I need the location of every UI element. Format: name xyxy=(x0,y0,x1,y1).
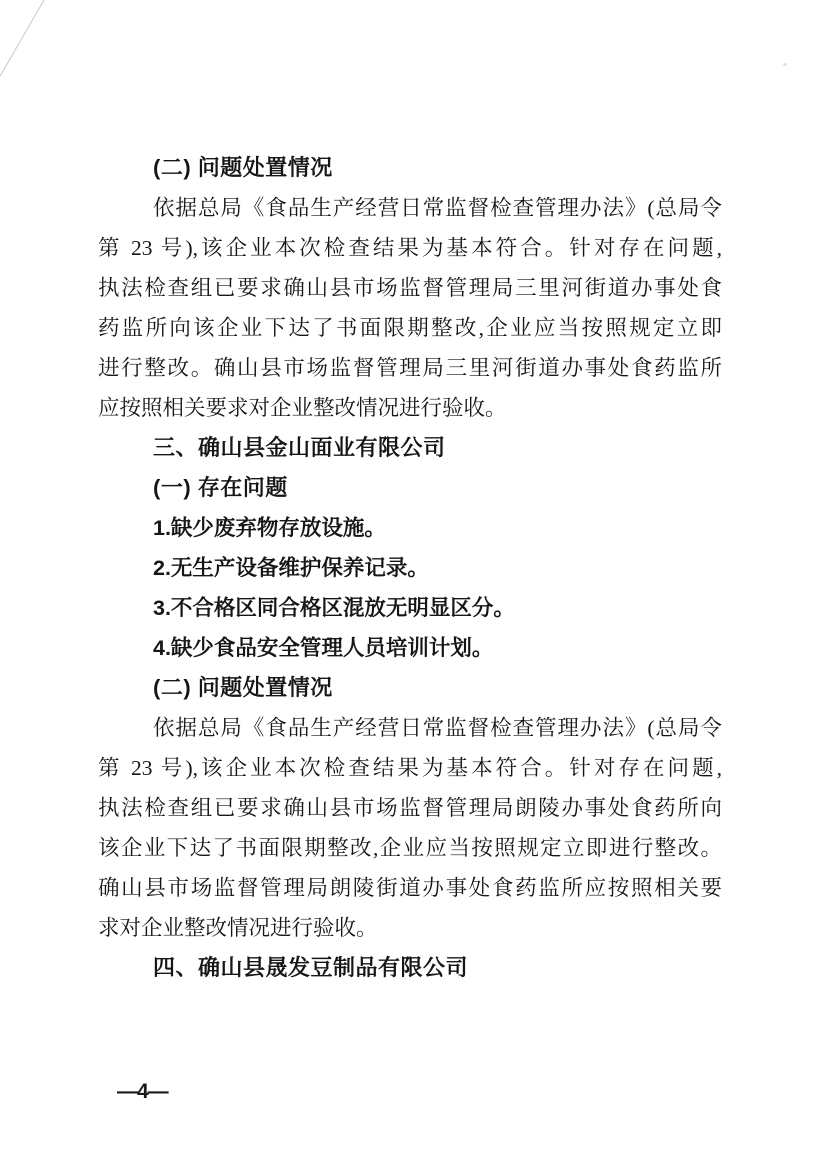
subsection-heading-problem-handling: (二) 问题处置情况 xyxy=(98,148,722,188)
paragraph-line: 进行整改。确山县市场监督管理局三里河街道办事处食药监所 xyxy=(98,348,722,388)
paragraph-line: 执法检查组已要求确山县市场监督管理局三里河街道办事处食 xyxy=(98,268,722,308)
section-heading-company-3: 三、确山县金山面业有限公司 xyxy=(98,428,722,468)
list-item-problem-4: 4.缺少食品安全管理人员培训计划。 xyxy=(98,628,722,668)
paragraph-last-line: 应按照相关要求对企业整改情况进行验收。 xyxy=(98,388,722,428)
subsection-heading-problem-handling-2: (二) 问题处置情况 xyxy=(98,668,722,708)
section-heading-company-4: 四、确山县晟发豆制品有限公司 xyxy=(98,948,722,988)
paragraph-line: 依据总局《食品生产经营日常监督检查管理办法》(总局令 xyxy=(98,188,722,228)
paragraph-line: 药监所向该企业下达了书面限期整改,企业应当按照规定立即 xyxy=(98,308,722,348)
page-number: —4— xyxy=(117,1072,168,1112)
list-item-problem-1: 1.缺少废弃物存放设施。 xyxy=(98,508,722,548)
paragraph-line: 第 23 号),该企业本次检查结果为基本符合。针对存在问题, xyxy=(98,228,722,268)
paragraph-line: 该企业下达了书面限期整改,企业应当按照规定立即进行整改。 xyxy=(98,828,722,868)
scanned-document-page: (二) 问题处置情况 依据总局《食品生产经营日常监督检查管理办法》(总局令 第 … xyxy=(0,0,823,1164)
paragraph-line: 确山县市场监督管理局朗陵街道办事处食药监所应按照相关要 xyxy=(98,868,722,908)
paragraph-line: 第 23 号),该企业本次检查结果为基本符合。针对存在问题, xyxy=(98,748,722,788)
scan-artifact-speck xyxy=(783,63,787,66)
subsection-heading-problems: (一) 存在问题 xyxy=(98,468,722,508)
scan-artifact-line xyxy=(0,0,48,77)
document-body: (二) 问题处置情况 依据总局《食品生产经营日常监督检查管理办法》(总局令 第 … xyxy=(98,148,722,988)
paragraph-line: 依据总局《食品生产经营日常监督检查管理办法》(总局令 xyxy=(98,708,722,748)
list-item-problem-3: 3.不合格区同合格区混放无明显区分。 xyxy=(98,588,722,628)
list-item-problem-2: 2.无生产设备维护保养记录。 xyxy=(98,548,722,588)
paragraph-line: 执法检查组已要求确山县市场监督管理局朗陵办事处食药所向 xyxy=(98,788,722,828)
paragraph-last-line: 求对企业整改情况进行验收。 xyxy=(98,908,722,948)
